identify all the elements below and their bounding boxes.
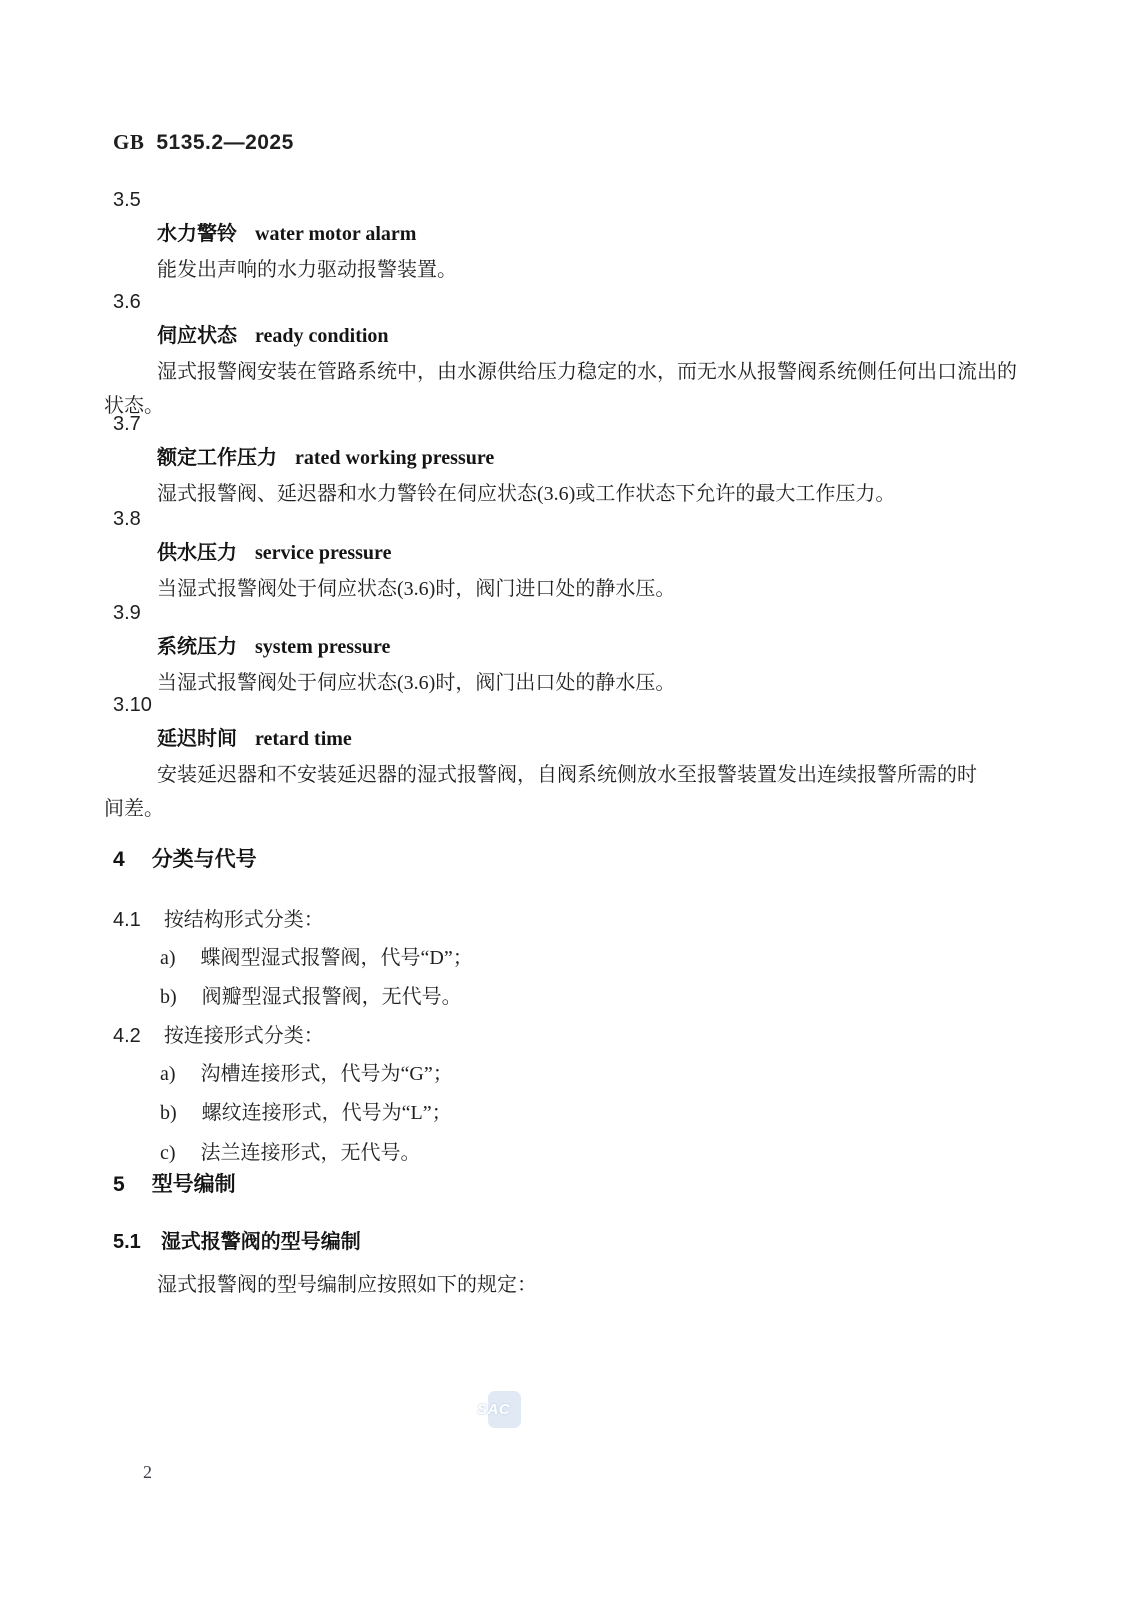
list-text: 法兰连接形式，无代号。	[201, 1142, 421, 1164]
term-block-3-8: 3.8 供水压力service pressure 当湿式报警阀处于伺应状态(3.…	[104, 502, 1024, 606]
clause-text: 按连接形式分类：	[164, 1025, 324, 1047]
term-block-3-9: 3.9 系统压力system pressure 当湿式报警阀处于伺应状态(3.6…	[104, 596, 1024, 700]
term-en: water motor alarm	[255, 223, 416, 245]
sac-watermark-text: SAC	[477, 1401, 510, 1418]
standard-prefix: GB	[113, 130, 144, 154]
term-block-3-7: 3.7 额定工作压力rated working pressure 湿式报警阀、延…	[104, 407, 1024, 511]
list-label: c)	[160, 1142, 176, 1164]
list-item-4-2-a: a)沟槽连接形式，代号为“G”；	[104, 1059, 453, 1089]
term-zh: 水力警铃	[157, 223, 237, 245]
section-number: 4	[104, 848, 125, 871]
list-item-4-2-c: c)法兰连接形式，无代号。	[104, 1138, 421, 1168]
term-number: 3.6	[104, 285, 1024, 319]
section-number: 5	[104, 1173, 125, 1196]
section-heading-5: 5型号编制	[104, 1170, 236, 1200]
section-title: 型号编制	[152, 1173, 236, 1196]
document-page: GB5135.2—2025 3.5 水力警铃water motor alarm …	[0, 0, 1131, 1600]
term-title-line: 水力警铃water motor alarm	[104, 217, 1024, 253]
term-title-line: 延迟时间retard time	[104, 722, 1024, 758]
term-block-3-5: 3.5 水力警铃water motor alarm 能发出声响的水力驱动报警装置…	[104, 183, 1024, 287]
term-zh: 额定工作压力	[157, 447, 277, 469]
clause-title: 湿式报警阀的型号编制	[161, 1231, 361, 1253]
list-item-4-1-a: a)蝶阀型湿式报警阀，代号“D”；	[104, 943, 473, 973]
section-title: 分类与代号	[152, 848, 257, 871]
term-number: 3.10	[104, 688, 1024, 722]
list-text: 螺纹连接形式，代号为“L”；	[202, 1102, 452, 1124]
section-heading-4: 4分类与代号	[104, 845, 257, 875]
page-number: 2	[143, 1462, 152, 1483]
clause-number: 4.2	[104, 1025, 141, 1047]
list-label: b)	[160, 1102, 177, 1124]
term-number: 3.8	[104, 502, 1024, 536]
term-definition: 安装延迟器和不安装延迟器的湿式报警阀，自阀系统侧放水至报警装置发出连续报警所需的…	[104, 758, 984, 826]
term-number: 3.5	[104, 183, 1024, 217]
list-item-4-1-b: b)阀瓣型湿式报警阀，无代号。	[104, 982, 462, 1012]
term-en: service pressure	[255, 542, 391, 564]
term-title-line: 额定工作压力rated working pressure	[104, 441, 1024, 477]
subclause-heading-5-1: 5.1湿式报警阀的型号编制	[104, 1227, 361, 1257]
list-label: a)	[160, 1063, 176, 1085]
term-en: ready condition	[255, 325, 389, 347]
intro-paragraph: 湿式报警阀的型号编制应按照如下的规定：	[104, 1268, 998, 1302]
clause-number: 4.1	[104, 909, 141, 931]
list-item-4-2-b: b)螺纹连接形式，代号为“L”；	[104, 1098, 452, 1128]
clause-4-2: 4.2按连接形式分类：	[104, 1021, 324, 1051]
clause-4-1: 4.1按结构形式分类：	[104, 905, 324, 935]
term-zh: 系统压力	[157, 636, 237, 658]
term-title-line: 供水压力service pressure	[104, 536, 1024, 572]
clause-text: 按结构形式分类：	[164, 909, 324, 931]
standard-number: 5135.2—2025	[156, 131, 293, 154]
standard-number-header: GB5135.2—2025	[113, 130, 294, 155]
term-en: system pressure	[255, 636, 390, 658]
term-en: rated working pressure	[295, 447, 494, 469]
term-zh: 伺应状态	[157, 325, 237, 347]
term-definition: 能发出声响的水力驱动报警装置。	[104, 253, 984, 287]
term-number: 3.7	[104, 407, 1024, 441]
term-block-3-6: 3.6 伺应状态ready condition 湿式报警阀安装在管路系统中，由水…	[104, 285, 1024, 423]
list-text: 蝶阀型湿式报警阀，代号“D”；	[201, 947, 473, 969]
term-title-line: 系统压力system pressure	[104, 630, 1024, 666]
term-number: 3.9	[104, 596, 1024, 630]
term-zh: 延迟时间	[157, 728, 237, 750]
list-text: 沟槽连接形式，代号为“G”；	[201, 1063, 453, 1085]
list-text: 阀瓣型湿式报警阀，无代号。	[202, 986, 462, 1008]
list-label: a)	[160, 947, 176, 969]
term-en: retard time	[255, 728, 352, 750]
clause-number: 5.1	[104, 1231, 141, 1253]
term-title-line: 伺应状态ready condition	[104, 319, 1024, 355]
list-label: b)	[160, 986, 177, 1008]
term-zh: 供水压力	[157, 542, 237, 564]
term-block-3-10: 3.10 延迟时间retard time 安装延迟器和不安装延迟器的湿式报警阀，…	[104, 688, 1024, 826]
